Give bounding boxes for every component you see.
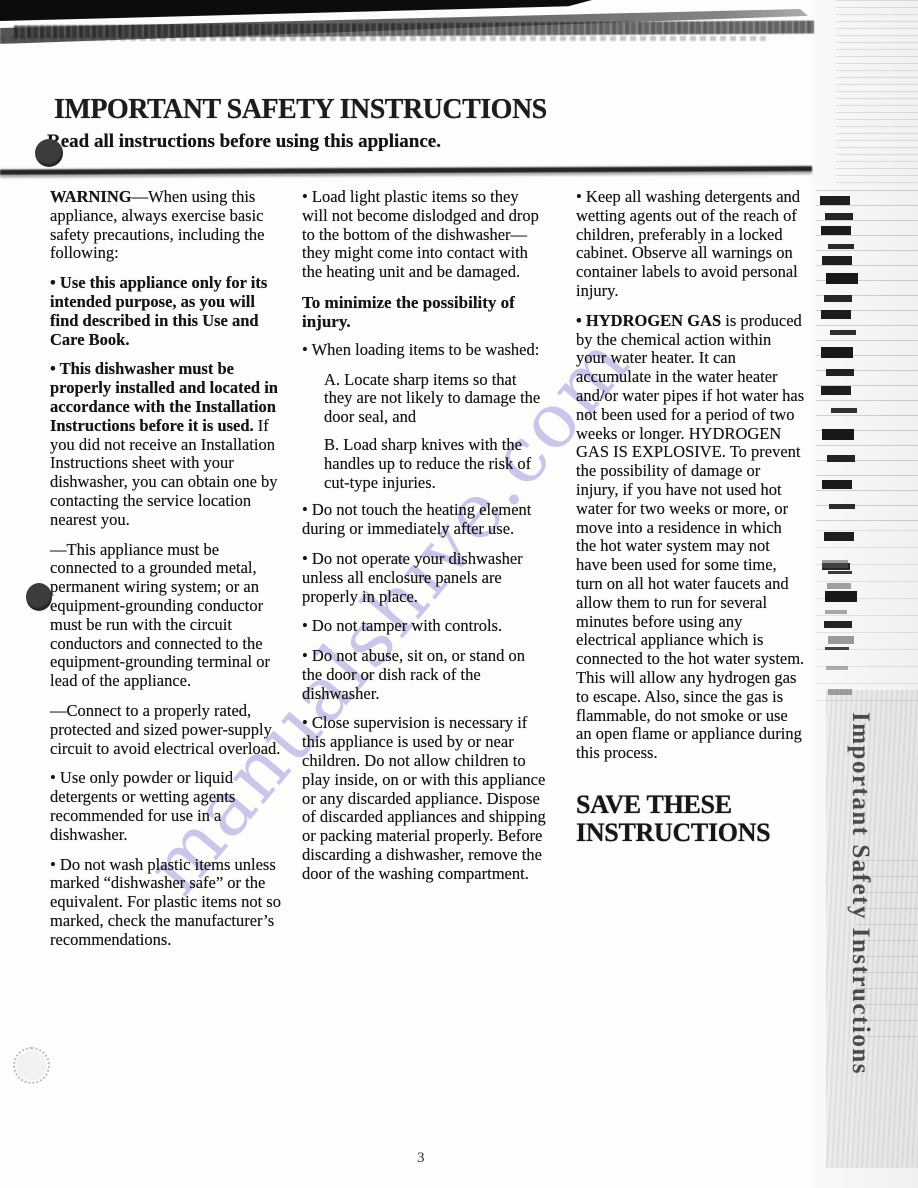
safety-paragraph: • Keep all washing detergents and wettin… bbox=[576, 188, 805, 301]
column-left: WARNING—When using this appliance, alway… bbox=[50, 188, 284, 960]
ink-blob-top bbox=[35, 139, 63, 167]
safety-paragraph: • Do not wash plastic items unless marke… bbox=[50, 856, 284, 950]
edge-bleed-blocks bbox=[820, 196, 850, 205]
side-tab-label: Important Safety Instructions bbox=[846, 712, 874, 1075]
warning-paragraph: WARNING—When using this appliance, alway… bbox=[50, 188, 284, 263]
scanned-manual-page: Important Safety Instructions manualshiv… bbox=[0, 0, 918, 1188]
minimize-injury-heading: To minimize the possibility of injury. bbox=[302, 293, 548, 332]
safety-paragraph: • Do not abuse, sit on, or stand on the … bbox=[302, 647, 548, 703]
hydrogen-gas-paragraph: • HYDROGEN GAS is produced by the chemic… bbox=[576, 312, 805, 763]
safety-paragraph: • Do not operate your dishwasher unless … bbox=[302, 550, 548, 606]
smudge-circle bbox=[13, 1047, 50, 1084]
safety-paragraph: • Do not tamper with controls. bbox=[302, 617, 548, 636]
scan-noise-streak-faint bbox=[0, 36, 770, 41]
safety-paragraph: • Do not touch the heating element durin… bbox=[302, 501, 548, 539]
column-middle: • Load light plastic items so they will … bbox=[302, 188, 548, 895]
edge-lines-top bbox=[816, 190, 918, 525]
page-subtitle: Read all instructions before using this … bbox=[47, 131, 441, 153]
safety-paragraph: • This dishwasher must be properly insta… bbox=[50, 360, 284, 529]
edge-lines-mid bbox=[816, 530, 918, 705]
corner-noise bbox=[836, 0, 918, 185]
safety-paragraph: • Load light plastic items so they will … bbox=[302, 188, 548, 282]
safety-paragraph: • Use this appliance only for its intend… bbox=[50, 274, 284, 349]
ink-blob-middle bbox=[26, 583, 52, 611]
safety-paragraph: • Use only powder or liquid detergents o… bbox=[50, 769, 284, 844]
safety-paragraph: —Connect to a properly rated, protected … bbox=[50, 702, 284, 758]
page-number: 3 bbox=[417, 1150, 425, 1167]
safety-subitem-a: A. Locate sharp items so that they are n… bbox=[324, 371, 548, 427]
safety-paragraph: • When loading items to be washed: bbox=[302, 341, 548, 360]
safety-paragraph: —This appliance must be connected to a g… bbox=[50, 541, 284, 691]
page-title: IMPORTANT SAFETY INSTRUCTIONS bbox=[54, 94, 547, 126]
safety-paragraph: • Close supervision is necessary if this… bbox=[302, 714, 548, 883]
edge-bleed-blocks-faint bbox=[822, 560, 848, 568]
column-right: • Keep all washing detergents and wettin… bbox=[576, 188, 805, 847]
title-rule bbox=[0, 166, 812, 175]
save-instructions-heading: SAVE THESE INSTRUCTIONS bbox=[576, 791, 805, 847]
safety-subitem-b: B. Load sharp knives with the handles up… bbox=[324, 436, 548, 492]
